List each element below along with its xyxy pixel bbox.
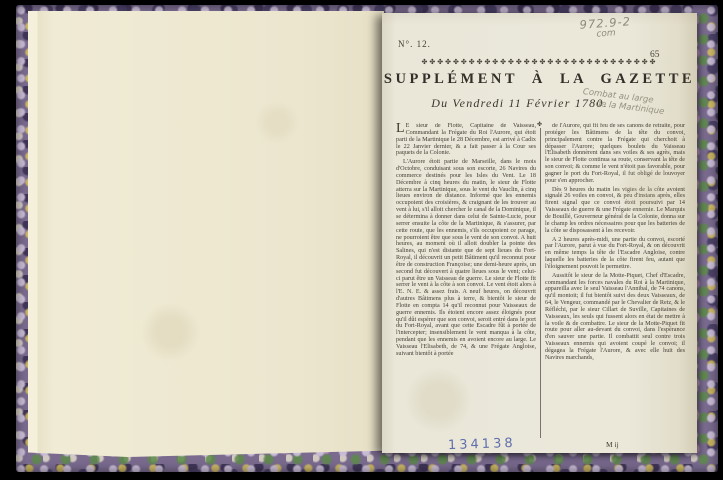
- printer-ornament-band: ✤✤✤✤✤✤✤✤✤✤✤✤✤✤✤✤✤✤✤✤✤✤✤✤✤✤✤✤✤✤: [386, 58, 693, 66]
- column-divider-rule: ✤: [536, 123, 545, 440]
- left-column: LE sieur de Flotte, Capitaine de Vaissea…: [396, 123, 536, 440]
- pencil-shelfmark-note: 972.9-2 com: [579, 16, 632, 42]
- blank-left-page: [28, 11, 384, 457]
- paragraph: Aussitôt le sieur de la Motte-Piquet, Ch…: [545, 273, 685, 362]
- gazette-supplement-page: 972.9-2 com N°. 12. 65 ✤✤✤✤✤✤✤✤✤✤✤✤✤✤✤✤✤…: [382, 13, 697, 453]
- issue-number: N°. 12.: [398, 39, 431, 49]
- inventory-stamp-number: 134138: [448, 436, 516, 453]
- paragraph: LE sieur de Flotte, Capitaine de Vaissea…: [396, 123, 536, 157]
- handwritten-annotation: Combat au large de la Martinique: [581, 87, 666, 117]
- paragraph: de l'Aurore, qui fit feu de ses canons d…: [545, 123, 685, 185]
- scan-background: 972.9-2 com N°. 12. 65 ✤✤✤✤✤✤✤✤✤✤✤✤✤✤✤✤✤…: [0, 0, 723, 480]
- printer-signature-mark: M ij: [606, 440, 619, 449]
- gazette-title: SUPPLÉMENT À LA GAZETTE: [382, 71, 697, 88]
- drop-cap-initial: L: [396, 123, 406, 135]
- right-column: de l'Aurore, qui fit feu de ses canons d…: [545, 123, 685, 440]
- paragraph: A 2 heures après-midi, une partie du con…: [545, 237, 685, 271]
- divider-ornament-icon: ✤: [537, 121, 542, 128]
- paragraph-text: E sieur de Flotte, Capitaine de Vaisseau…: [396, 123, 536, 156]
- article-columns: LE sieur de Flotte, Capitaine de Vaissea…: [396, 123, 685, 440]
- paragraph: Dès 9 heures du matin les vigies de la c…: [545, 187, 685, 235]
- paragraph: L'Aurore étoit partie de Marseille, dans…: [396, 159, 536, 357]
